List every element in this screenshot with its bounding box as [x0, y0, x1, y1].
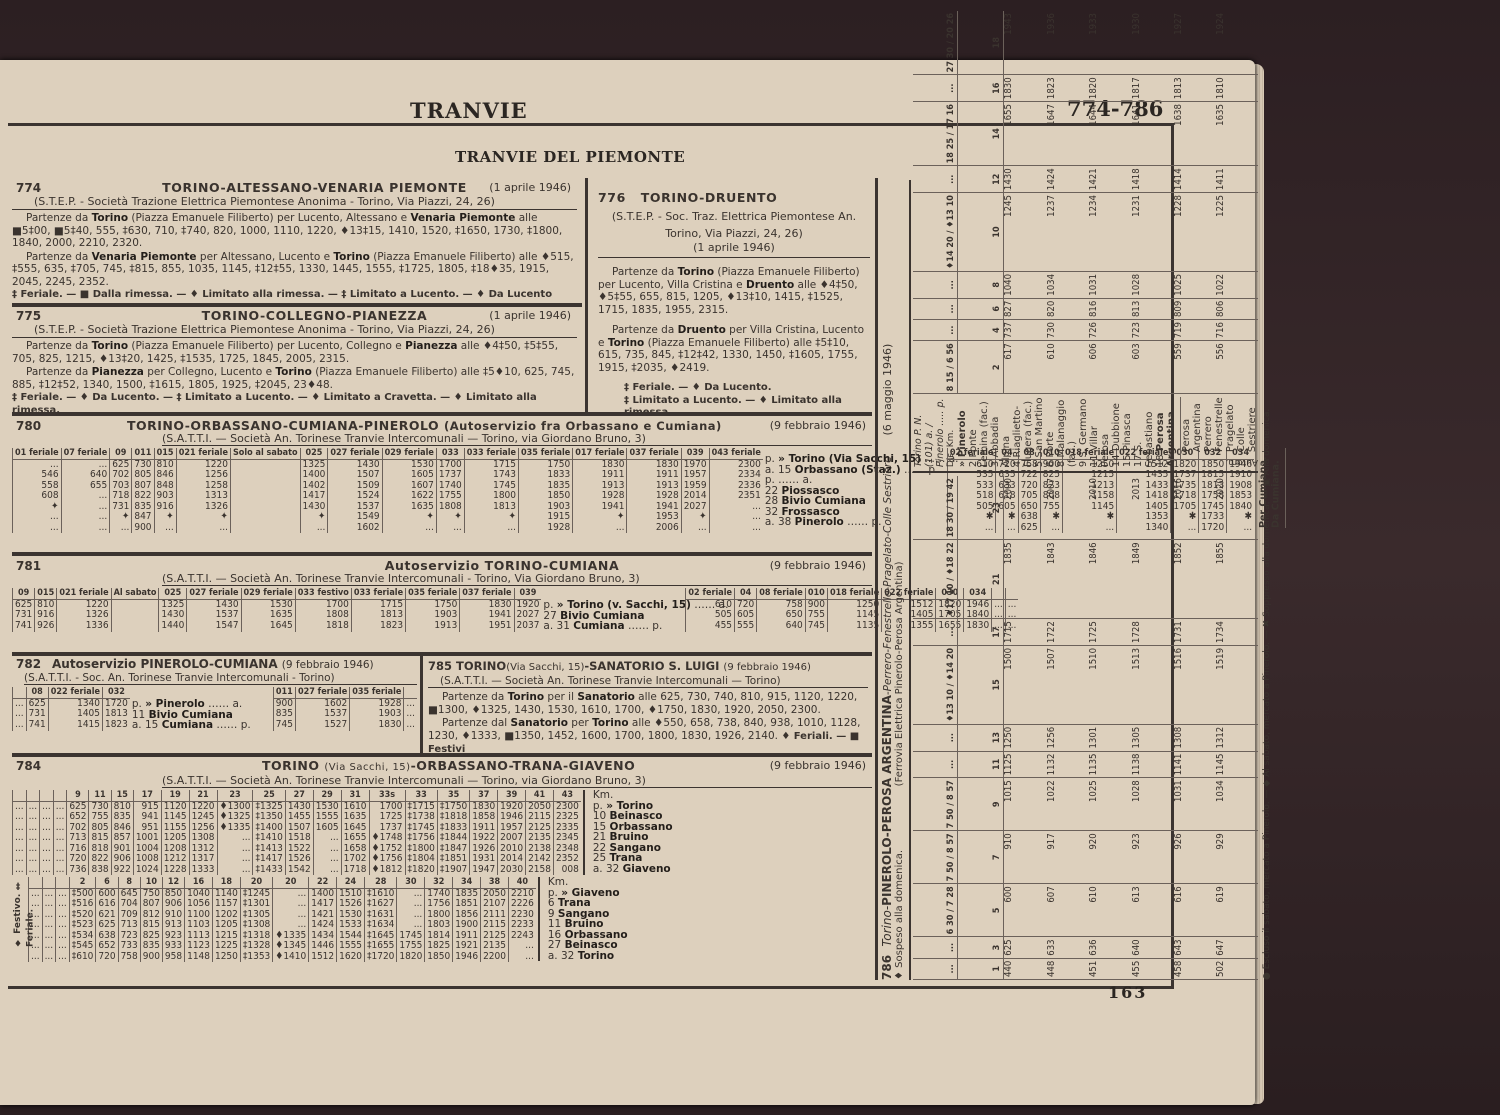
station-row: 5 San Martino	[1034, 397, 1045, 467]
time-cell: ...	[313, 865, 341, 876]
table-row: ............720822906100812121317...‡141…	[13, 854, 581, 865]
km-value: 32	[606, 863, 623, 875]
timetable-784: 784 TORINO (Via Sacchi, 15)-ORBASSANO-TR…	[12, 760, 872, 962]
operator: (S.A.T.T.I. — Società An. Torinese Tranv…	[162, 775, 872, 789]
time-cell: 1731	[1174, 619, 1216, 646]
arrival-departure-mark: a.	[593, 863, 606, 875]
time-cell: 451	[1089, 958, 1131, 979]
time-cell: 846	[154, 470, 176, 481]
table-row: 617737827104012451430165518301943	[1003, 11, 1047, 394]
time-cell: ‡1804	[405, 854, 437, 865]
time-cell: 1755	[436, 491, 464, 502]
time-cell: 2115	[481, 920, 509, 931]
time-cell: ...	[508, 941, 535, 952]
time-cell: 2115	[526, 812, 554, 823]
time-cell: 1858	[470, 812, 498, 823]
column-header: 28	[365, 877, 397, 888]
operator: (S.A.T.T.I. — Società An. Torinese Tranv…	[428, 675, 868, 689]
time-cell: 1549	[328, 512, 382, 523]
departures-outbound: Partenze da Torino (Piazza Emanuele Fili…	[12, 340, 577, 365]
time-cell: 1526	[285, 854, 313, 865]
column-header: 029 feriale	[241, 588, 295, 599]
page-header-title: TRANVIE	[410, 98, 528, 123]
time-cell: ...	[508, 952, 535, 963]
column-header: 31	[341, 790, 369, 801]
time-cell: ...	[13, 512, 62, 523]
km-value: 14	[1111, 451, 1122, 467]
connection-label: Torino P. N. (101) a. / Pinerolo ..... p…	[913, 397, 946, 467]
column-header: 22	[309, 877, 337, 888]
time-cell: ...	[13, 854, 27, 865]
bus-stop-name: Perrero	[1203, 397, 1214, 452]
time-cell: 643	[1174, 937, 1216, 958]
time-cell: ...	[42, 941, 56, 952]
time-cell: 835	[111, 812, 133, 823]
station-row: 8 Malanaggio (fac.)	[1056, 397, 1078, 467]
time-cell: 1743	[464, 470, 518, 481]
time-cell: 900	[140, 952, 162, 963]
time-cell: 647	[1216, 937, 1258, 958]
time-cell: 2352	[553, 854, 580, 865]
time-cell: 726	[1089, 320, 1131, 341]
table-row: 4486336079171022113212561507172218432007	[1047, 476, 1089, 979]
time-cell: 1446	[309, 941, 337, 952]
time-cell: 2325	[553, 812, 580, 823]
time-cell: 1157	[212, 899, 240, 910]
time-cell: 1040	[1003, 271, 1047, 298]
column-header: 33s	[369, 790, 405, 801]
time-cell: 1015	[1003, 778, 1047, 831]
operator: (S.T.E.P. - Società Trazione Elettrica P…	[12, 195, 577, 211]
time-cell: ‡1820	[405, 865, 437, 876]
column-header	[13, 790, 27, 801]
time-cell: 2142	[526, 854, 554, 865]
time-cell: ...	[709, 523, 763, 534]
time-cell: 1256	[1047, 724, 1089, 751]
time-cell: 737	[1003, 320, 1047, 341]
train-number: 7	[957, 831, 1003, 884]
column-header: 30	[397, 877, 425, 888]
time-cell: 1455	[285, 812, 313, 823]
time-cell: 2030	[498, 865, 526, 876]
time-cell: 1205	[161, 833, 189, 844]
time-cell: 1921	[453, 941, 481, 952]
time-cell: ...	[154, 523, 176, 534]
station-row: 14 Dubbione	[1111, 397, 1122, 467]
time-cell: 1850	[425, 952, 453, 963]
operator: (S.T.E.P. - Società Trazione Elettrica P…	[12, 323, 577, 339]
time-cell: 1655	[1003, 102, 1047, 166]
route-heading: 776 TORINO-DRUENTO	[598, 192, 870, 205]
time-cell: 958	[162, 952, 184, 963]
column-header: 033 feriale	[464, 448, 518, 459]
table-row: ...74114151823	[13, 720, 130, 731]
time-cell: 448	[1047, 958, 1089, 979]
time-cell: 1527	[295, 720, 349, 731]
table-row: 610730820103412371424164718231936	[1047, 11, 1089, 394]
time-cell: 2007	[1047, 476, 1089, 540]
time-cell: 616	[96, 899, 118, 910]
time-cell: 923	[1132, 831, 1174, 884]
column-header: 12	[162, 877, 184, 888]
column-header: 9	[67, 790, 89, 801]
time-cell: 900	[132, 523, 154, 534]
train-number: 21	[957, 540, 1003, 619]
time-cell: 741	[13, 621, 35, 632]
time-cell: 2016	[1174, 476, 1216, 540]
column-header: 8	[118, 877, 140, 888]
table-number: 782	[16, 658, 41, 671]
time-cell: 1927	[1174, 11, 1216, 75]
time-cell: ...	[61, 491, 110, 502]
time-cell: 733	[118, 941, 140, 952]
km-value: 2	[968, 458, 979, 468]
station-name: San Martino	[1034, 398, 1045, 458]
route-heading: Autoservizio PINEROLO-CUMIANA (9 febbrai…	[52, 658, 417, 672]
column-header: Solo al sabato	[230, 448, 300, 459]
timetable-776: 776 TORINO-DRUENTO (S.T.E.P. - Soc. Traz…	[598, 192, 870, 420]
legend: ‡ Feriale. — ■ Dalla rimessa. — ♦ Limita…	[12, 289, 577, 302]
time-cell: 1421	[1089, 166, 1131, 193]
column-header	[56, 877, 70, 888]
column-header: 02 feriale	[686, 588, 735, 599]
timetable-786: 786 Torino-PINEROLO-PEROSA ARGENTINA-Per…	[880, 180, 1170, 980]
time-cell: ✦	[681, 512, 709, 523]
time-cell: 652	[96, 941, 118, 952]
time-cell: 640	[757, 621, 806, 632]
arrival-departure-mark: a.	[132, 719, 145, 731]
time-cell: 502	[1216, 958, 1258, 979]
time-cell: ...	[40, 854, 54, 865]
time-cell: ...	[61, 523, 110, 534]
header-row: 2681012161820202224283032343840	[29, 877, 536, 888]
km-value: 17	[1133, 451, 1144, 467]
time-cell: ✦	[110, 512, 132, 523]
column-header	[26, 790, 40, 801]
station-row: 17 S. Sebastiano	[1133, 397, 1155, 467]
time-cell: 1635	[341, 812, 369, 823]
station-row: a. 31 Cumiana …… p.	[543, 621, 683, 632]
timetable-782-down: 08022 feriale032...62513401720...7311405…	[12, 687, 130, 731]
time-cell: ...	[42, 920, 56, 931]
time-cell: ✦	[300, 512, 328, 523]
time-cell: 1635	[1216, 102, 1258, 166]
column-header: 27	[285, 790, 313, 801]
time-cell: 815	[140, 920, 162, 931]
connection-time: ...	[913, 75, 957, 102]
station-row: 4 Riaglietto-Fiugera (fac.)	[1012, 397, 1034, 467]
time-cell: ...	[176, 523, 230, 534]
time-cell: 455	[1132, 958, 1174, 979]
time-cell: 1605	[382, 470, 436, 481]
column-header: 29	[313, 790, 341, 801]
column-header: 18	[212, 877, 240, 888]
time-cell: 713	[118, 920, 140, 931]
page-number: 163	[1108, 983, 1147, 1002]
table-row: 7419261336144015471645181818231913195120…	[13, 621, 542, 632]
time-cell: 2233	[508, 920, 535, 931]
time-cell: 1001	[133, 833, 161, 844]
column-header: 04	[735, 588, 757, 599]
time-cell: ✦	[382, 512, 436, 523]
time-cell	[230, 470, 300, 481]
time-cell: 1849	[1132, 540, 1174, 619]
station-name: Porte	[1045, 432, 1056, 458]
time-cell: 1957	[681, 470, 709, 481]
km-value: 8	[1056, 458, 1067, 468]
station-name: Cumiana	[573, 620, 624, 632]
time-cell: 616	[1174, 884, 1216, 937]
time-cell: 559	[1174, 341, 1216, 394]
time-cell	[230, 502, 300, 513]
time-cell: ...	[13, 865, 27, 876]
time-cell	[230, 459, 300, 470]
column-header: 2	[69, 877, 96, 888]
column-header: 33	[405, 790, 437, 801]
time-cell: 926	[1174, 831, 1216, 884]
column-header: 011	[132, 448, 154, 459]
timetable-782-up: 011027 feriale035 feriale90016021928...8…	[273, 687, 417, 731]
time-cell: 619	[1216, 884, 1258, 937]
time-cell: 716	[1216, 320, 1258, 341]
table-number: 780	[16, 420, 41, 433]
table-row: 556716806102212251411163518101924	[1216, 11, 1258, 394]
time-cell: 1148	[185, 952, 213, 963]
timetable-782: 782 Autoservizio PINEROLO-CUMIANA (9 feb…	[12, 658, 417, 731]
arrival-departure-mark: …… p.	[213, 719, 251, 731]
time-cell: 1415	[48, 720, 102, 731]
column-header: 15	[111, 790, 133, 801]
train-number: 2	[957, 341, 1003, 394]
time-cell: 1946	[453, 952, 481, 963]
station-row: » Pinerolo	[957, 397, 968, 467]
time-cell: ‡523	[69, 920, 96, 931]
column-header: 010	[805, 588, 827, 599]
time-cell: 917	[1047, 831, 1089, 884]
time-cell: 1622	[382, 491, 436, 502]
time-cell: 1702	[341, 854, 369, 865]
departures-return: Partenze da Venaria Piemonte per Altessa…	[12, 251, 577, 289]
column-header: 017 feriale	[573, 448, 627, 459]
time-cell: 805	[132, 470, 154, 481]
table-number: 774	[16, 182, 41, 195]
time-cell: 816	[1089, 298, 1131, 319]
connection-row: 8 15 / 6 56.........♦14 20 / ♦13 10...18…	[913, 11, 957, 394]
column-header: 24	[337, 877, 365, 888]
time-cell: ...	[217, 865, 253, 876]
column-header: 043 feriale	[709, 448, 763, 459]
legend: ‡ Feriale. — ♦ Da Lucento.	[598, 382, 870, 395]
time-cell: ...	[300, 523, 328, 534]
time-cell: 1313	[176, 491, 230, 502]
time-cell: 607	[1047, 884, 1089, 937]
time-cell: 720	[96, 952, 118, 963]
time-cell: 1305	[1132, 724, 1174, 751]
time-cell: ...	[13, 523, 62, 534]
time-cell: 1031	[1174, 778, 1216, 831]
station-row: 6 Porte	[1045, 397, 1056, 467]
timetable-784-down: 91115171921232527293133s333537394143....…	[12, 790, 581, 875]
table-row: ............65275583594111451245♦1325‡13…	[13, 812, 581, 823]
time-cell	[230, 512, 300, 523]
time-cell: 1851	[453, 899, 481, 910]
station-list: Torino P. N. (101) a. / Pinerolo ..... p…	[913, 397, 1258, 473]
time-cell: 1025	[1089, 778, 1131, 831]
timetable-786-down: ......6 30 / 7 287 50 / 8 577 50 / 8 57.…	[913, 476, 1258, 980]
table-row: 4406256009101015112512501500171518352000	[1003, 476, 1047, 979]
time-cell: 1231	[1132, 193, 1174, 272]
time-cell: 913	[162, 920, 184, 931]
time-cell: 741	[26, 720, 48, 731]
column-divider	[585, 178, 588, 414]
station-list: p. » Torino (v. Sacchi, 15) …… a. 27 Biv…	[543, 588, 683, 632]
column-header: 039	[681, 448, 709, 459]
column-header	[53, 790, 67, 801]
time-cell: ...	[273, 899, 309, 910]
station-row: 9 S. Germano	[1078, 397, 1089, 467]
station-name: Dubbione	[1111, 403, 1122, 451]
connection-time: ...	[913, 619, 957, 646]
time-cell: 2014	[498, 854, 526, 865]
column-header: 039	[514, 588, 541, 599]
time-cell: ...	[56, 952, 70, 963]
time-cell: 2135	[526, 833, 554, 844]
time-cell: 2345	[553, 833, 580, 844]
time-cell: ...	[217, 854, 253, 865]
time-cell: ...	[110, 523, 132, 534]
operator: (S.A.T.T.I. — Società An. Torinese Tranv…	[162, 573, 872, 587]
time-cell: 1933	[1089, 11, 1131, 75]
departures-return: Partenze da Pianezza per Collegno, Lucen…	[12, 366, 577, 391]
time-cell: 720	[67, 854, 89, 865]
time-cell: 2037	[514, 621, 541, 632]
timetable-774: 774 TORINO-ALTESSANO-VENARIA PIEMONTE (1…	[12, 182, 577, 302]
time-cell: 1823	[102, 720, 129, 731]
time-cell: 1820	[397, 952, 425, 963]
departures-return: Partenze da Druento per Villa Cristina, …	[598, 324, 870, 374]
column-header: 19	[161, 790, 189, 801]
time-cell: ...	[573, 523, 627, 534]
time-cell: 1228	[1174, 193, 1216, 272]
time-cell: 813	[1132, 298, 1174, 319]
km-value: 5	[1034, 458, 1045, 468]
train-number: 23	[957, 476, 1003, 540]
operator: (S.A.T.T.I. - Soc. An. Torinese Tranvie …	[24, 672, 417, 686]
column-header: 07 feriale	[61, 448, 110, 459]
time-cell: 1755	[397, 941, 425, 952]
time-cell: ✦	[573, 512, 627, 523]
train-number: 11	[957, 751, 1003, 778]
time-cell: 1800	[464, 491, 518, 502]
time-cell: 1915	[519, 512, 573, 523]
time-cell	[230, 491, 300, 502]
station-name: Malanaggio (fac.)	[1056, 400, 1078, 467]
arrival-departure-mark: …… p.	[625, 620, 663, 632]
divider	[12, 652, 872, 656]
time-cell: ...	[53, 854, 67, 865]
column-header: 08	[26, 687, 48, 698]
column-header: 41	[526, 790, 554, 801]
header-row: 011027 feriale035 feriale	[273, 687, 417, 698]
time-cell: 1022	[1216, 271, 1258, 298]
time-cell: 1250	[1003, 724, 1047, 751]
time-cell: 1512	[309, 952, 337, 963]
time-cell: ‡1433	[253, 865, 285, 876]
time-cell: 1526	[337, 899, 365, 910]
km-value: 18	[1155, 451, 1166, 467]
departures-return: Partenze dal Sanatorio per Torino alle ♦…	[428, 717, 868, 757]
time-cell: ...	[273, 920, 309, 931]
time-cell: 1946	[498, 812, 526, 823]
time-cell: 1245	[1003, 193, 1047, 272]
time-cell: 1524	[328, 491, 382, 502]
time-cell: 736	[67, 865, 89, 876]
time-cell: 809	[1174, 298, 1216, 319]
time-cell: 633	[1047, 937, 1089, 958]
table-number: 775	[16, 310, 41, 323]
time-cell: 2135	[481, 941, 509, 952]
time-cell: 1852	[1174, 540, 1216, 619]
time-cell: ...	[217, 833, 253, 844]
connection-time: ♦13 10 / ♦14 20	[913, 645, 957, 724]
time-cell: 1028	[1132, 271, 1174, 298]
time-cell: ...	[40, 833, 54, 844]
time-cell: 1928	[573, 491, 627, 502]
time-cell: ‡1353	[240, 952, 272, 963]
train-number: 12	[957, 166, 1003, 193]
station-row: 3 Abbadia Alpina	[990, 397, 1012, 467]
train-number: 9	[957, 778, 1003, 831]
route-date: (9 febbraio 1946)	[770, 420, 866, 433]
route-heading: 785 TORINO(Via Sacchi, 15)-SANATORIO S. …	[428, 660, 868, 675]
train-number: 14	[957, 102, 1003, 166]
time-cell: 1417	[300, 491, 328, 502]
time-cell: 1141	[1174, 751, 1216, 778]
time-cell: 1823	[1047, 75, 1089, 102]
time-cell: 1025	[1174, 271, 1216, 298]
km-value: 15	[145, 719, 162, 731]
time-cell: 1833	[519, 470, 573, 481]
section-title: TRANVIE DEL PIEMONTE	[455, 148, 685, 166]
time-cell: 1056	[185, 899, 213, 910]
time-cell: 608	[13, 491, 62, 502]
time-cell: 1855	[1216, 540, 1258, 619]
time-cell: 1135	[1089, 751, 1131, 778]
table-row: 559719809102512281414163818131927	[1174, 11, 1216, 394]
route-heading: TORINO-ORBASSANO-CUMIANA-PINEROLO (Autos…	[127, 420, 872, 433]
table-row: ......✦847✦✦✦1549✦✦✦1915✦1953✦...	[13, 512, 763, 523]
column-header: 39	[498, 790, 526, 801]
time-cell: 758	[118, 952, 140, 963]
time-cell: ✦	[176, 512, 230, 523]
time-cell: 546	[13, 470, 62, 481]
train-number: 4	[957, 320, 1003, 341]
time-cell: 1953	[627, 512, 681, 523]
time-cell: 1725	[1089, 619, 1131, 646]
column-header: 011	[273, 687, 295, 698]
column-header: 01 feriale	[13, 448, 62, 459]
time-cell: ...	[26, 854, 40, 865]
time-cell: 1737	[436, 470, 464, 481]
time-cell: 1103	[185, 920, 213, 931]
column-header: 021 feriale	[57, 588, 111, 599]
time-cell: ‡1328	[240, 941, 272, 952]
time-cell: 2020	[1216, 476, 1258, 540]
time-cell: 1555	[337, 941, 365, 952]
time-cell: 458	[1174, 958, 1216, 979]
station-name: S. Germano	[1078, 399, 1089, 458]
station-list: Km.p. » Giaveno 6 Trana 9 Sangano 11 Bru…	[538, 877, 658, 961]
